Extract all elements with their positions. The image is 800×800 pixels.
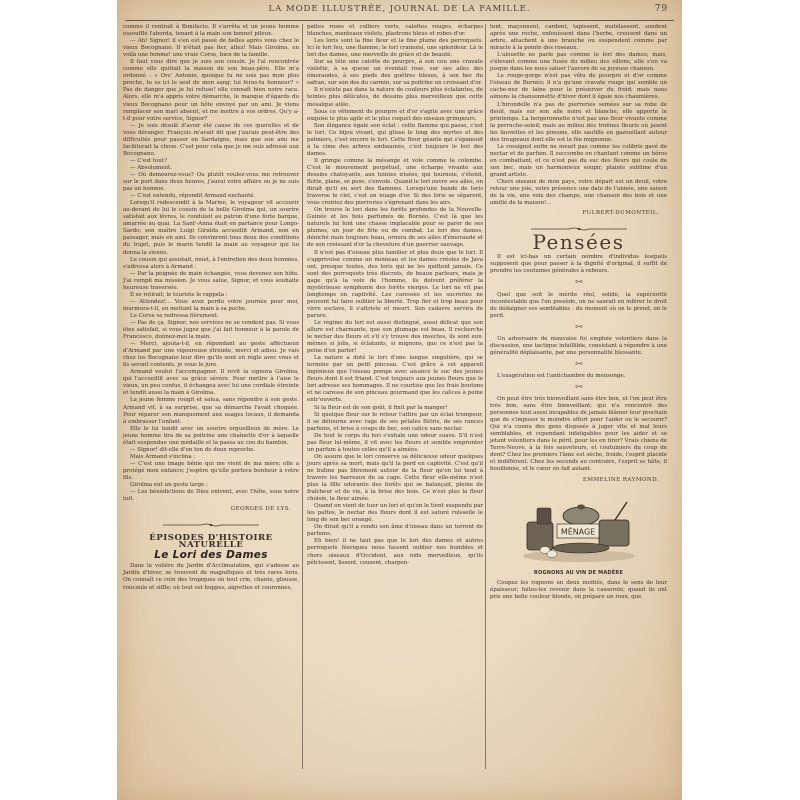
paragraph: — Absolument. <box>123 165 299 172</box>
header-rule <box>125 20 674 21</box>
paragraph: Sous ce vêtement de pourpre et d'or s'ag… <box>307 109 483 123</box>
article-title: Le Lori des Dames <box>123 552 299 559</box>
paragraph: Il faut vous dire que je suis son cousin… <box>123 59 299 122</box>
paragraph: Chers oiseaux de mon pays, votre départ … <box>490 179 667 207</box>
story-author: GEORGES DE LYS. <box>123 506 291 513</box>
pensees-author: EMMELINE RAYMOND. <box>490 477 659 484</box>
pensee-item: Quel que soit le mérite réel, solide, la… <box>490 292 667 320</box>
column-1: comme il rentrait à Bonifacio. Il s'arrê… <box>123 24 299 592</box>
column-3: tent, maçonnent, cardent, tapissent, mat… <box>490 24 667 601</box>
ornament-divider <box>161 522 261 528</box>
separator-icon: ⊳⊲ <box>490 279 667 286</box>
paragraph: Les loris sont la fine fleur et la fine … <box>307 38 483 59</box>
paragraph: Dans la volière du Jardin d'Acclimatatio… <box>123 563 299 591</box>
paragraph: Sur sa tête une calotte de pourpre, à so… <box>307 59 483 87</box>
paragraph: — Signor! dit-elle d'un ton de doux repr… <box>123 447 299 454</box>
section-title: ÉPISODES D'HISTOIRE NATURELLE <box>123 535 299 549</box>
paragraph: Il n'existe pas dans la nature de couleu… <box>307 87 483 108</box>
paragraph: Si la fleur est de son goût, il finit pa… <box>307 405 483 412</box>
paragraph: — Les bénédictions de Dieu entrent, avec… <box>123 489 299 503</box>
paragraph: Armand voulut l'accompagner. Il revit la… <box>123 369 299 397</box>
paragraph: Son élégance égale son éclat : cette fla… <box>307 123 483 158</box>
paragraph: Quand on vient de tuer un lori et qu'on … <box>307 503 483 524</box>
paragraph: Le Corse se redressa fièrement. <box>123 313 299 320</box>
paragraph: — Par la poignée de main échangée, vous … <box>123 271 299 292</box>
paragraph: Il grimpe comme la mésange et vole comme… <box>307 158 483 207</box>
paragraph: L'hirondelle n'a pas de pierreries semée… <box>490 102 667 144</box>
paragraph: Le régime du lori est aussi distingué, a… <box>307 320 483 355</box>
paragraph: Il se retirait; le touriste le rappela : <box>123 292 299 299</box>
paragraph: — Pas de ça, Signor; nos services ne se … <box>123 320 299 341</box>
menage-illustration: MÉNAGE <box>519 496 639 564</box>
paragraph: Si quelque fleur sur le retour l'attire … <box>307 412 483 433</box>
paragraph: Le rossignol enfin ne meurt pas comme le… <box>490 144 667 179</box>
paragraph: Elle le lui tendit avec un sourire orgue… <box>123 426 299 447</box>
separator-icon: ⊳⊲ <box>490 361 667 368</box>
separator-icon: ⊳⊲ <box>490 384 667 391</box>
paragraph: La nature a doté le lori d'une langue si… <box>307 355 483 404</box>
paragraph: — C'est une image bénie qui me vient de … <box>123 461 299 482</box>
paragraph: comme il rentrait à Bonifacio. Il s'arrê… <box>123 24 299 38</box>
article-text: pattes roses et colliers verts, calottes… <box>307 24 483 567</box>
article-text: Dans la volière du Jardin d'Acclimatatio… <box>123 563 299 591</box>
column-2: pattes roses et colliers verts, calottes… <box>307 24 483 567</box>
article-author: FULBERT-DUMONTEIL. <box>490 210 659 217</box>
paragraph: Eh bien! il ne faut pas que le lori des … <box>307 538 483 566</box>
journal-title: LA MODE ILLUSTRÉE, JOURNAL DE LA FAMILLE… <box>269 4 531 14</box>
paragraph: — Attendez!... Vous avez perdu votre jou… <box>123 299 299 313</box>
paragraph: Lorsqu'il redescendit à la Marine, le vo… <box>123 200 299 256</box>
paragraph: La jeune femme rougit et salua, sans rép… <box>123 397 299 425</box>
paragraph: — Où demeurez-vous? Ou plutôt voulez-vou… <box>123 172 299 193</box>
separator-icon: ⊳⊲ <box>490 324 667 331</box>
pensee-item: On peut être très bienveillant sans être… <box>490 396 667 474</box>
column-rule <box>485 24 486 769</box>
paragraph: Il n'est pas d'oiseau plus familier et p… <box>307 250 483 320</box>
paragraph: On assure que le lori conserve sa délici… <box>307 454 483 503</box>
paragraph: Mais Armand s'inclina : <box>123 454 299 461</box>
paragraph: Le rouge-gorge n'est pas vêtu de pourpre… <box>490 73 667 101</box>
pensee-item: Il est ici-bas un certain nombre d'indiv… <box>490 254 667 275</box>
paragraph: — Ah! Signor! il s'en est passé de belle… <box>123 38 299 59</box>
cookware-illustration-icon: MÉNAGE <box>519 496 639 564</box>
paragraph: De tout le corps du lori s'exhale une od… <box>307 433 483 454</box>
column-rule <box>302 24 303 769</box>
paragraph: pattes roses et colliers verts, calottes… <box>307 24 483 38</box>
pensees-title: Pensées <box>490 239 667 246</box>
pensees-text: Il est ici-bas un certain nombre d'indiv… <box>490 254 667 473</box>
recipe-text: Coupez les rognons en deux moitiés, dans… <box>490 580 667 601</box>
paragraph: — Merci, ajouta-t-il, en répondant au ge… <box>123 341 299 369</box>
recipe-title: ROGNONS AU VIN DE MADÈRE <box>490 570 667 577</box>
paragraph: L'alouette ne parle pas comme le lori de… <box>490 52 667 73</box>
paragraph: — Je suis désolé d'avoir été cause de ce… <box>123 123 299 158</box>
story-text: comme il rentrait à Bonifacio. Il s'arrê… <box>123 24 299 503</box>
pensee-item: Un adversaire de mauvaise foi emploie vo… <box>490 336 667 357</box>
newspaper-page: LA MODE ILLUSTRÉE, JOURNAL DE LA FAMILLE… <box>117 0 682 800</box>
paragraph: Le cousin qui assistait, muet, à l'entre… <box>123 257 299 271</box>
page-number: 79 <box>655 4 668 14</box>
paragraph: — C'est tout? <box>123 158 299 165</box>
paragraph: On trouve le lori dans les forêts profon… <box>307 207 483 249</box>
menage-label: MÉNAGE <box>560 525 594 536</box>
article-text: tent, maçonnent, cardent, tapissent, mat… <box>490 24 667 207</box>
paragraph: tent, maçonnent, cardent, tapissent, mat… <box>490 24 667 52</box>
pensee-item: L'exagération est l'antichambre du menso… <box>490 373 667 380</box>
running-head: LA MODE ILLUSTRÉE, JOURNAL DE LA FAMILLE… <box>127 4 672 18</box>
paragraph: On dirait qu'il a rendu son âme d'oiseau… <box>307 524 483 538</box>
